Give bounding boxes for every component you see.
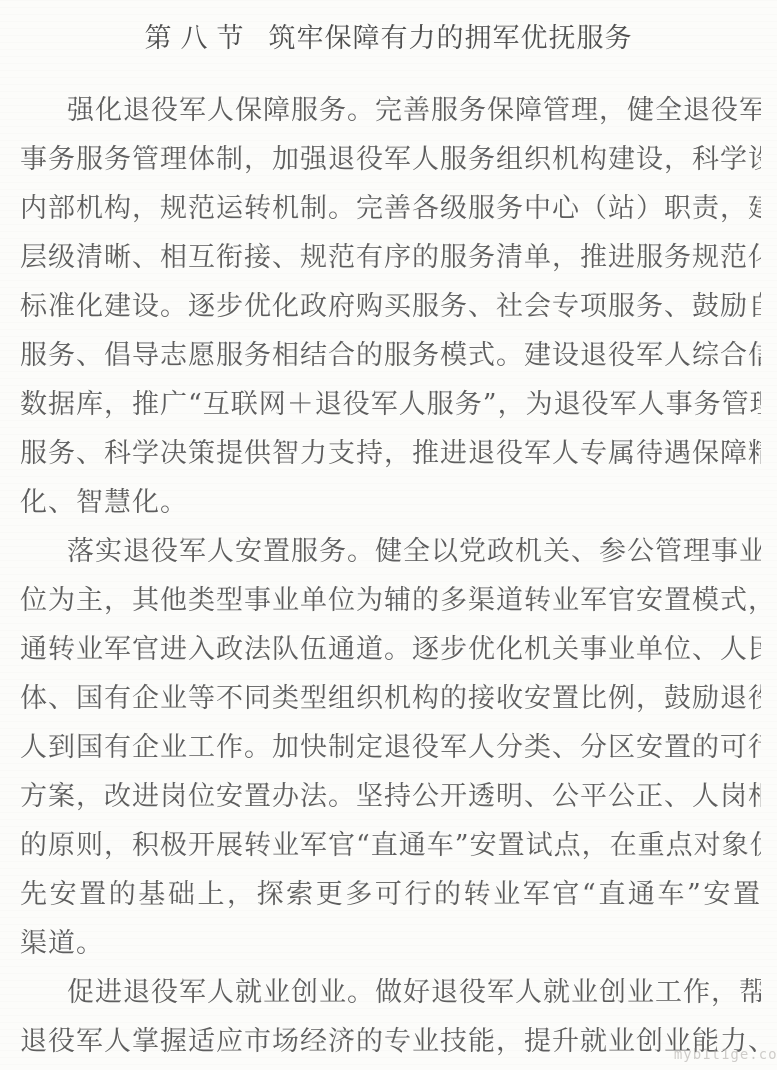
text-line: 渠道。 <box>20 919 761 968</box>
text-line: 化、智慧化。 <box>20 478 761 527</box>
text-line: 内部机构，规范运转机制。完善各级服务中心（站）职责，建立 <box>20 184 761 233</box>
text-line: 标准化建设。逐步优化政府购买服务、社会专项服务、鼓励自我 <box>20 282 761 331</box>
watermark: myb1t1ge.com <box>674 1047 777 1063</box>
text-line: 强化退役军人保障服务。完善服务保障管理，健全退役军人 <box>20 86 761 135</box>
section-label: 第八节 <box>145 23 253 54</box>
section-title: 第八节筑牢保障有力的拥军优抚服务 <box>0 20 777 58</box>
text-line: 人到国有企业工作。加快制定退役军人分类、分区安置的可行性 <box>20 723 761 772</box>
text-line: 通转业军官进入政法队伍通道。逐步优化机关事业单位、人民团 <box>20 625 761 674</box>
text-line: 服务、倡导志愿服务相结合的服务模式。建设退役军人综合信息 <box>20 331 761 380</box>
text-line: 位为主，其他类型事业单位为辅的多渠道转业军官安置模式，畅 <box>20 576 761 625</box>
text-line: 促进退役军人就业创业。做好退役军人就业创业工作，帮助 <box>20 968 761 1017</box>
text-line: 方案，改进岗位安置办法。坚持公开透明、公平公正、人岗相适 <box>20 772 761 821</box>
paragraph: 落实退役军人安置服务。健全以党政机关、参公管理事业单位为主，其他类型事业单位为辅… <box>20 527 761 968</box>
paragraph: 促进退役军人就业创业。做好退役军人就业创业工作，帮助退役军人掌握适应市场经济的专… <box>20 968 761 1066</box>
text-line: 退役军人掌握适应市场经济的专业技能，提升就业创业能力、竞 <box>20 1017 761 1066</box>
document-body: 强化退役军人保障服务。完善服务保障管理，健全退役军人事务服务管理体制，加强退役军… <box>20 86 761 1066</box>
section-name: 筑牢保障有力的拥军优抚服务 <box>269 23 633 54</box>
text-line: 落实退役军人安置服务。健全以党政机关、参公管理事业单 <box>20 527 761 576</box>
text-line: 服务、科学决策提供智力支持，推进退役军人专属待遇保障精准 <box>20 429 761 478</box>
text-line: 事务服务管理体制，加强退役军人服务组织机构建设，科学设置 <box>20 135 761 184</box>
text-line: 体、国有企业等不同类型组织机构的接收安置比例，鼓励退役军 <box>20 674 761 723</box>
text-line: 数据库，推广“互联网＋退役军人服务”，为退役军人事务管理 <box>20 380 761 429</box>
text-line: 层级清晰、相互衔接、规范有序的服务清单，推进服务规范化、 <box>20 233 761 282</box>
paragraph: 强化退役军人保障服务。完善服务保障管理，健全退役军人事务服务管理体制，加强退役军… <box>20 86 761 527</box>
document-page: 第八节筑牢保障有力的拥军优抚服务 强化退役军人保障服务。完善服务保障管理，健全退… <box>0 0 777 1070</box>
text-line: 先安置的基础上，探索更多可行的转业军官“直通车”安置 <box>20 870 761 919</box>
text-line: 的原则，积极开展转业军官“直通车”安置试点，在重点对象优 <box>20 821 761 870</box>
